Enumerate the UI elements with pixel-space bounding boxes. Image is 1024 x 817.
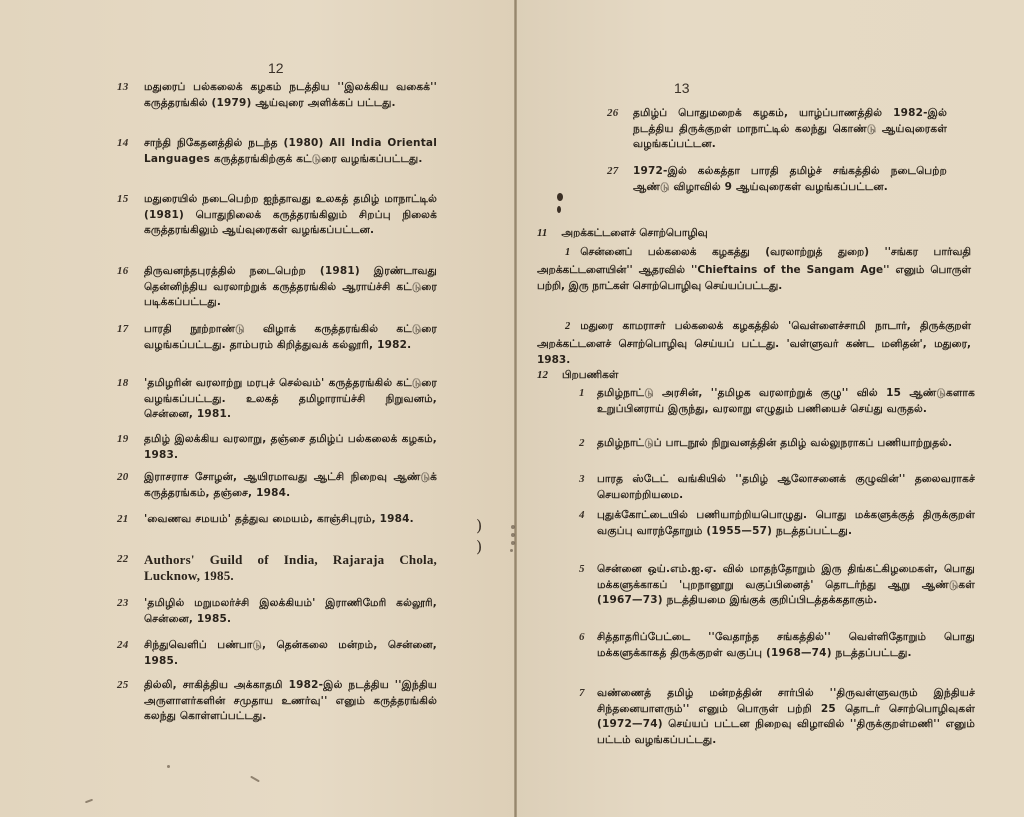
entry-text: சாந்தி நிகேதனத்தில் நடந்த (1980) All Ind…	[144, 136, 437, 167]
entry-number: 16	[117, 264, 128, 280]
list-item: 22 Authors' Guild of India, Rajaraja Cho…	[117, 552, 437, 583]
item-text: வண்ணைத் தமிழ் மன்றத்தின் சார்பில் ''திரு…	[597, 686, 975, 748]
list-item: 16 திருவனந்தபுரத்தில் நடைபெற்ற (1981) இர…	[117, 264, 437, 311]
list-item: 18 'தமிழரின் வரலாற்று மரபுச் செல்வம்' கர…	[117, 376, 437, 423]
gutter-mark: )	[476, 537, 482, 556]
paper-speck	[167, 765, 170, 768]
page-number: 12	[268, 60, 284, 76]
entry-text: 'வைணவ சமயம்' தத்துவ மையம், காஞ்சிபுரம், …	[144, 512, 437, 528]
item-text: சென்னைப் பல்கலைக் கழகத்து (வரலாற்றுத் து…	[537, 246, 971, 292]
entry-number: 26	[607, 106, 618, 122]
list-item: 24 சிந்துவெளிப் பண்பாடு, தென்கலை மன்றம்,…	[117, 638, 437, 669]
list-item: 2 தமிழ்நாட்டுப் பாடநூல் நிறுவனத்தின் தமி…	[579, 436, 975, 452]
item-number: 7	[579, 686, 585, 702]
section-heading: 12பிறபணிகள்	[537, 368, 618, 383]
entry-text: பாரதி நூற்றாண்டு விழாக் கருத்தரங்கில் கட…	[144, 322, 437, 353]
ink-mark	[557, 206, 561, 213]
list-item: 19 தமிழ் இலக்கிய வரலாறு, தஞ்சை தமிழ்ப் ப…	[117, 432, 437, 463]
gutter-dot	[510, 549, 513, 552]
list-item: 15 மதுரையில் நடைபெற்ற ஐந்தாவது உலகத் தமி…	[117, 192, 437, 239]
item-number: 6	[579, 630, 585, 646]
item-text: மதுரை காமராசர் பல்கலைக் கழகத்தில் 'வெள்ள…	[537, 320, 971, 366]
entry-text: மதுரைப் பல்கலைக் கழகம் நடத்திய ''இலக்கிய…	[144, 80, 437, 111]
item-number: 4	[579, 508, 585, 524]
gutter-mark: )	[476, 516, 482, 535]
entry-number: 17	[117, 322, 128, 338]
entry-number: 20	[117, 470, 128, 486]
section-number: 12	[537, 369, 548, 381]
book-spread: 12 13 மதுரைப் பல்கலைக் கழகம் நடத்திய ''இ…	[0, 0, 1024, 817]
list-item: 13 மதுரைப் பல்கலைக் கழகம் நடத்திய ''இலக்…	[117, 80, 437, 111]
list-item: 5 சென்னை ஒய்.எம்.ஐ.ஏ. வில் மாதந்தோறும் இ…	[579, 562, 975, 609]
item-text: சென்னை ஒய்.எம்.ஐ.ஏ. வில் மாதந்தோறும் இரு…	[597, 562, 975, 609]
section-number: 11	[537, 227, 547, 239]
right-page: 13 26 தமிழ்ப் பொதுமறைக் கழகம், யாழ்ப்பாண…	[517, 0, 1024, 817]
entry-text: மதுரையில் நடைபெற்ற ஐந்தாவது உலகத் தமிழ் …	[144, 192, 437, 239]
item-number: 1	[565, 247, 570, 258]
entry-number: 14	[117, 136, 128, 152]
item-text: தமிழ்நாட்டுப் பாடநூல் நிறுவனத்தின் தமிழ்…	[597, 436, 975, 452]
entry-text: சிந்துவெளிப் பண்பாடு, தென்கலை மன்றம், செ…	[144, 638, 437, 669]
gutter-dot	[511, 541, 515, 545]
entry-text: 'தமிழரின் வரலாற்று மரபுச் செல்வம்' கருத்…	[144, 376, 437, 423]
list-item: 3 பாரத ஸ்டேட் வங்கியில் ''தமிழ் ஆலோசனைக்…	[579, 472, 975, 503]
entry-text: 'தமிழில் மறுமலர்ச்சி இலக்கியம்' இராணிமேர…	[144, 596, 437, 627]
entry-text: தமிழ் இலக்கிய வரலாறு, தஞ்சை தமிழ்ப் பல்க…	[144, 432, 437, 463]
list-item: 23 'தமிழில் மறுமலர்ச்சி இலக்கியம்' இராணி…	[117, 596, 437, 627]
item-number: 2	[565, 321, 570, 332]
list-item: 17 பாரதி நூற்றாண்டு விழாக் கருத்தரங்கில்…	[117, 322, 437, 353]
entry-number: 15	[117, 192, 128, 208]
item-text: புதுக்கோட்டையில் பணியாற்றியபொழுது. பொது …	[597, 508, 975, 539]
entry-text: தமிழ்ப் பொதுமறைக் கழகம், யாழ்ப்பாணத்தில்…	[633, 106, 947, 153]
item-number: 3	[579, 472, 585, 488]
entry-text: இராசராச சோழன், ஆயிரமாவது ஆட்சி நிறைவு ஆண…	[144, 470, 437, 501]
entry-number: 23	[117, 596, 128, 612]
entry-text: 1972-இல் கல்கத்தா பாரதி தமிழ்ச் சங்கத்தி…	[633, 164, 947, 195]
list-item: 4 புதுக்கோட்டையில் பணியாற்றியபொழுது. பொத…	[579, 508, 975, 539]
item-number: 1	[579, 386, 585, 402]
paper-speck	[85, 799, 93, 804]
item-number: 2	[579, 436, 585, 452]
list-item: 25 தில்லி, சாகித்திய அக்காதமி 1982-இல் ந…	[117, 678, 437, 725]
entry-text: தில்லி, சாகித்திய அக்காதமி 1982-இல் நடத்…	[144, 678, 437, 725]
list-item: 1சென்னைப் பல்கலைக் கழகத்து (வரலாற்றுத் த…	[537, 244, 971, 295]
section-title: அறக்கட்டளைச் சொற்பொழிவு	[561, 227, 707, 239]
entry-text: திருவனந்தபுரத்தில் நடைபெற்ற (1981) இரண்ட…	[144, 264, 437, 311]
gutter-dot	[511, 525, 515, 529]
gutter-dot	[511, 533, 515, 537]
entry-number: 24	[117, 638, 128, 654]
entry-text: Authors' Guild of India, Rajaraja Chola,…	[144, 552, 437, 583]
list-item: 21 'வைணவ சமயம்' தத்துவ மையம், காஞ்சிபுரம…	[117, 512, 437, 528]
entry-number: 21	[117, 512, 128, 528]
entry-number: 25	[117, 678, 128, 694]
entry-number: 27	[607, 164, 618, 180]
page-number: 13	[674, 80, 690, 96]
list-item: 14 சாந்தி நிகேதனத்தில் நடந்த (1980) All …	[117, 136, 437, 167]
list-item: 2மதுரை காமராசர் பல்கலைக் கழகத்தில் 'வெள்…	[537, 318, 971, 369]
left-page: 12 13 மதுரைப் பல்கலைக் கழகம் நடத்திய ''இ…	[0, 0, 515, 817]
section-heading: 11அறக்கட்டளைச் சொற்பொழிவு	[537, 226, 708, 241]
list-item: 26 தமிழ்ப் பொதுமறைக் கழகம், யாழ்ப்பாணத்த…	[607, 106, 947, 153]
section-title: பிறபணிகள்	[562, 369, 618, 381]
list-item: 7 வண்ணைத் தமிழ் மன்றத்தின் சார்பில் ''தி…	[579, 686, 975, 748]
list-item: 20 இராசராச சோழன், ஆயிரமாவது ஆட்சி நிறைவு…	[117, 470, 437, 501]
item-text: தமிழ்நாட்டு அரசின், ''தமிழக வரலாற்றுக் க…	[597, 386, 975, 417]
ink-mark	[557, 193, 563, 201]
list-item: 6 சித்தாதரிப்பேட்டை ''வேதாந்த சங்கத்தில்…	[579, 630, 975, 661]
list-item: 27 1972-இல் கல்கத்தா பாரதி தமிழ்ச் சங்கத…	[607, 164, 947, 195]
paper-speck	[250, 776, 260, 783]
entry-number: 22	[117, 552, 128, 568]
item-text: சித்தாதரிப்பேட்டை ''வேதாந்த சங்கத்தில்''…	[597, 630, 975, 661]
entry-number: 18	[117, 376, 128, 392]
item-text: பாரத ஸ்டேட் வங்கியில் ''தமிழ் ஆலோசனைக் க…	[597, 472, 975, 503]
item-number: 5	[579, 562, 585, 578]
entry-number: 19	[117, 432, 128, 448]
list-item: 1 தமிழ்நாட்டு அரசின், ''தமிழக வரலாற்றுக்…	[579, 386, 975, 417]
entry-number: 13	[117, 80, 128, 96]
